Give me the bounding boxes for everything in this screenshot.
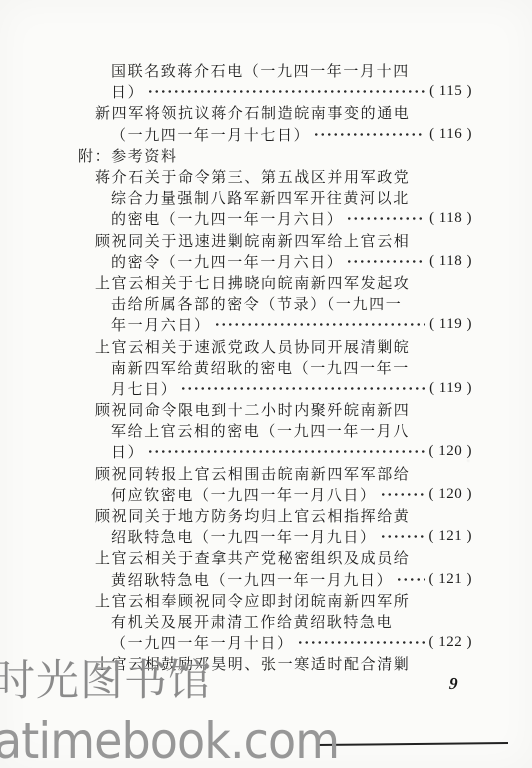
dot-leader	[380, 526, 425, 547]
toc-entry-text: 蒋介石关于命令第三、第五战区并用军政党	[95, 166, 410, 187]
toc-line: （一九四一年一月十日）( 122 )	[78, 632, 472, 653]
toc-page-number: ( 118 )	[429, 210, 472, 227]
dot-leader	[346, 251, 425, 272]
toc-line: 顾祝同命令限电到十二小时内聚歼皖南新四	[78, 399, 472, 420]
toc-entry-text: 国联名致蒋介石电（一九四一年一月十四	[111, 60, 410, 81]
page-number: 9	[448, 674, 458, 695]
toc-page-number: ( 121 )	[429, 528, 473, 545]
watermark-url: atimebook.com	[0, 716, 339, 766]
toc-entry-text: 综合力量强制八路军新四军开往黄河以北	[111, 187, 410, 208]
toc-entry-text: 击给所属各部的密令（节录）（一九四一	[111, 293, 402, 314]
toc-entry-text: 黄绍耿特急电（一九四一年一月九日）	[111, 569, 393, 590]
toc-page-number: ( 120 )	[429, 486, 473, 503]
toc-page-number: ( 122 )	[429, 634, 473, 651]
watermark-library-name: 时光图书馆	[0, 660, 212, 703]
dot-leader	[214, 314, 425, 335]
toc-line: 的密电（一九四一年一月六日）( 118 )	[78, 208, 472, 229]
toc-entry-text: 的密令（一九四一年一月六日）	[111, 251, 343, 272]
toc-entry-text: 南新四军给黄绍耿的密电（一九四一年一	[111, 357, 410, 378]
toc-entry-text: 年一月六日）	[111, 314, 211, 335]
toc-line: （一九四一年一月十七日）( 116 )	[78, 124, 472, 145]
book-page: 国联名致蒋介石电（一九四一年一月十四日）( 115 )新四军将领抗议蒋介石制造皖…	[0, 0, 532, 768]
dot-leader	[380, 484, 425, 505]
dot-leader	[297, 632, 425, 653]
toc-line: 军给上官云相的密电（一九四一年一月八	[78, 420, 472, 441]
toc-entry-text: 绍耿特急电（一九四一年一月九日）	[111, 526, 377, 547]
dot-leader	[396, 569, 424, 590]
toc-line: 日）( 115 )	[78, 81, 472, 102]
toc-line: 顾祝同关于地方防务均归上官云相指挥给黄	[78, 505, 472, 526]
toc-entry-text: （一九四一年一月十七日）	[111, 124, 310, 145]
toc-entry-text: 顾祝同关于地方防务均归上官云相指挥给黄	[95, 505, 410, 526]
toc-page-number: ( 119 )	[429, 316, 472, 333]
toc-line: 上官云相奉顾祝同令应即封闭皖南新四军所	[78, 590, 472, 611]
toc-line: 顾祝同关于迅速进剿皖南新四军给上官云相	[78, 230, 472, 251]
toc-entry-text: 顾祝同关于迅速进剿皖南新四军给上官云相	[95, 230, 410, 251]
toc-line: 月七日）( 119 )	[78, 378, 472, 399]
toc-line: 有机关及展开肃清工作给黄绍耿特急电	[78, 611, 472, 632]
toc-page-number: ( 118 )	[429, 253, 472, 270]
toc-line: 国联名致蒋介石电（一九四一年一月十四	[78, 60, 472, 81]
toc-page-number: ( 121 )	[429, 571, 473, 588]
toc-line: 日）( 120 )	[78, 441, 472, 462]
toc-entry-text: 上官云相奉顾祝同令应即封闭皖南新四军所	[95, 590, 410, 611]
dot-leader	[147, 81, 425, 102]
toc-page-number: ( 116 )	[429, 126, 472, 143]
toc-entry-text: 顾祝同转报上官云相围击皖南新四军军部给	[95, 463, 410, 484]
toc-line: 的密令（一九四一年一月六日）( 118 )	[78, 251, 472, 272]
dot-leader	[346, 208, 425, 229]
toc-line: 顾祝同转报上官云相围击皖南新四军军部给	[78, 463, 472, 484]
toc-line: 南新四军给黄绍耿的密电（一九四一年一	[78, 357, 472, 378]
toc-entry-text: 上官云相关于七日拂晓向皖南新四军发起攻	[95, 272, 410, 293]
toc-list: 国联名致蒋介石电（一九四一年一月十四日）( 115 )新四军将领抗议蒋介石制造皖…	[78, 60, 472, 674]
dot-leader	[313, 124, 425, 145]
toc-entry-text: 上官云相关于速派党政人员协同开展清剿皖	[95, 336, 410, 357]
toc-entry-text: 日）	[111, 81, 144, 102]
dot-leader	[180, 378, 425, 399]
toc-entry-text: 军给上官云相的密电（一九四一年一月八	[111, 420, 410, 441]
toc-page-number: ( 119 )	[429, 380, 472, 397]
toc-line: 黄绍耿特急电（一九四一年一月九日）( 121 )	[78, 569, 472, 590]
toc-entry-text: 附：参考资料	[78, 145, 178, 166]
toc-line: 何应钦密电（一九四一年一月八日）( 120 )	[78, 484, 472, 505]
toc-line: 蒋介石关于命令第三、第五战区并用军政党	[78, 166, 472, 187]
toc-entry-text: 日）	[111, 441, 144, 462]
dot-leader	[147, 441, 424, 462]
toc-line: 综合力量强制八路军新四军开往黄河以北	[78, 187, 472, 208]
toc-line: 新四军将领抗议蒋介石制造皖南事变的通电	[78, 102, 472, 123]
toc-entry-text: 新四军将领抗议蒋介石制造皖南事变的通电	[95, 102, 410, 123]
toc-section-heading: 附：参考资料	[78, 145, 472, 166]
toc-entry-text: 月七日）	[111, 378, 177, 399]
toc-entry-text: 何应钦密电（一九四一年一月八日）	[111, 484, 377, 505]
toc-entry-text: 顾祝同命令限电到十二小时内聚歼皖南新四	[95, 399, 410, 420]
toc-page-number: ( 120 )	[429, 443, 473, 460]
toc-line: 年一月六日）( 119 )	[78, 314, 472, 335]
toc-entry-text: 上官云相关于查拿共产党秘密组织及成员给	[95, 547, 410, 568]
toc-entry-text: 的密电（一九四一年一月六日）	[111, 208, 343, 229]
toc-page-number: ( 115 )	[429, 83, 472, 100]
toc-line: 击给所属各部的密令（节录）（一九四一	[78, 293, 472, 314]
toc-line: 上官云相关于查拿共产党秘密组织及成员给	[78, 547, 472, 568]
bottom-rule	[316, 742, 508, 746]
toc-line: 上官云相关于七日拂晓向皖南新四军发起攻	[78, 272, 472, 293]
toc-entry-text: 有机关及展开肃清工作给黄绍耿特急电	[111, 611, 393, 632]
toc-line: 上官云相关于速派党政人员协同开展清剿皖	[78, 335, 472, 356]
toc-line: 绍耿特急电（一九四一年一月九日）( 121 )	[78, 526, 472, 547]
toc-entry-text: （一九四一年一月十日）	[111, 632, 294, 653]
